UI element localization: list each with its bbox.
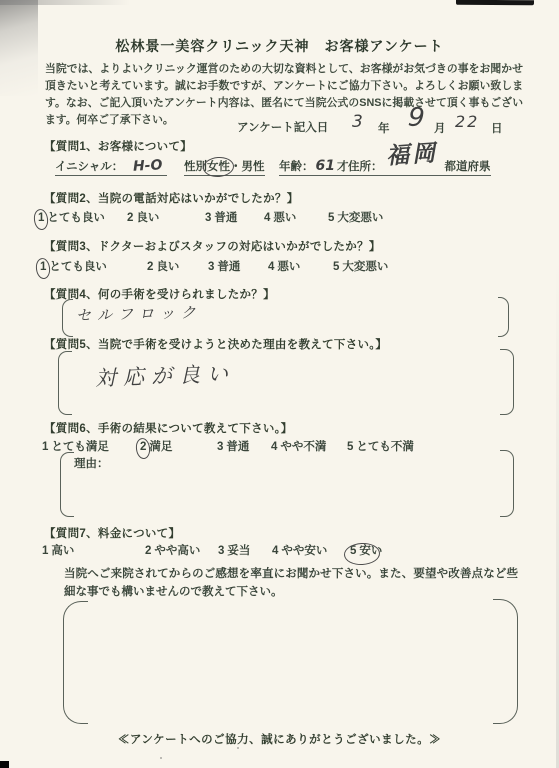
day-unit: 日	[491, 120, 503, 136]
page-title: 松林景一美容クリニック天神 お客様アンケート	[0, 36, 559, 56]
q2-option-4-num: 4	[264, 212, 270, 224]
q7-option-3-label: 妥当	[227, 545, 250, 557]
age-label: 年齢：	[279, 158, 314, 174]
address-label: 住所：	[348, 158, 383, 174]
gender-label: 性別	[184, 158, 207, 174]
q2-option-1-label: とても良い	[47, 212, 105, 224]
q6-option-5: 5とても不満	[347, 438, 414, 454]
q3-option-4-label: 悪い	[277, 261, 300, 273]
thank-you-text: ≪アンケートへのご協力、誠にありがとうございました。≫	[0, 731, 559, 747]
q5-heading: 【質問5、当院で手術を受けようと決めた理由を教えて下さい。】	[44, 336, 387, 352]
q4-answer-bracket-right	[498, 297, 509, 337]
q6-option-1-label: とても満足	[51, 441, 109, 453]
gender-option-female: 女性	[207, 158, 230, 174]
q3-option-1-label: とても良い	[49, 261, 107, 273]
q6-option-1: 1とても満足	[42, 438, 109, 454]
year-unit: 年	[378, 120, 390, 136]
q6-option-2-num: 2	[140, 441, 146, 453]
q3-option-1-num: 1	[40, 261, 46, 273]
q4-answer-bracket-left	[62, 299, 73, 337]
feedback-prompt: 当院へご来院されてからのご感想を率直にお聞かせ下さい。また、要望や改善点など些細…	[64, 566, 518, 601]
q6-option-2-label: 満足	[149, 441, 172, 453]
q1-address-field: 住所： 福岡 都道府県	[348, 152, 491, 176]
q2-option-3-label: 普通	[214, 212, 237, 224]
q3-option-2-label: 良い	[156, 261, 179, 273]
handwritten-day: 22	[455, 112, 479, 131]
q3-option-4-num: 4	[268, 261, 274, 273]
q2-option-5: 5大変悪い	[328, 209, 383, 225]
handwritten-year: 3	[352, 112, 363, 132]
q3-option-2-num: 2	[147, 261, 153, 273]
q2-option-4-label: 悪い	[273, 212, 296, 224]
q2-option-2-num: 2	[127, 212, 133, 224]
q2-option-5-num: 5	[328, 212, 334, 224]
q1-initial-field: イニシャル： H-O	[55, 152, 167, 176]
q7-option-2: 2やや高い	[145, 542, 200, 558]
q3-option-2: 2良い	[147, 258, 179, 274]
q7-option-2-num: 2	[145, 545, 151, 557]
feedback-bracket-right	[493, 599, 518, 724]
q6-option-5-num: 5	[347, 441, 353, 453]
q6-reason-bracket-right	[500, 450, 514, 517]
q4-heading: 【質問4、何の手術を受けられましたか？】	[44, 286, 275, 302]
q2-option-4: 4悪い	[264, 209, 296, 225]
q7-option-5: 5安い	[350, 542, 382, 558]
scan-shadow-top-strip	[0, 0, 130, 5]
handwritten-q4-answer: セルフロック	[76, 301, 202, 325]
q6-heading: 【質問6、手術の結果について教えて下さい。】	[44, 420, 293, 436]
q2-option-2: 2良い	[127, 209, 159, 225]
q3-option-5-num: 5	[333, 261, 339, 273]
q7-option-4-num: 4	[272, 545, 278, 557]
q7-option-3: 3妥当	[218, 542, 250, 558]
q7-heading: 【質問7、料金について】	[44, 525, 180, 541]
q7-option-1: 1高い	[42, 542, 74, 558]
q6-option-4-label: やや不満	[280, 441, 326, 453]
feedback-bracket-left	[63, 601, 88, 724]
gender-separator: ・	[230, 158, 242, 174]
scan-mark-bottom-left	[0, 761, 9, 768]
q6-option-5-label: とても不満	[356, 441, 414, 453]
q7-option-1-label: 高い	[51, 545, 74, 557]
q6-option-1-num: 1	[42, 441, 48, 453]
q6-reason-label: 理由：	[74, 455, 109, 471]
q3-option-3-label: 普通	[217, 261, 240, 273]
handwritten-initial: H-O	[133, 157, 163, 175]
q2-option-3-num: 3	[205, 212, 211, 224]
q6-option-4-num: 4	[271, 441, 277, 453]
scanned-survey-page: 松林景一美容クリニック天神 お客様アンケート 当院では、よりよいクリニック運営の…	[0, 0, 559, 768]
q6-option-3: 3普通	[217, 438, 249, 454]
q3-option-3-num: 3	[208, 261, 214, 273]
q3-option-4: 4悪い	[268, 258, 300, 274]
scan-speck	[160, 757, 162, 759]
date-label: アンケート記入日	[237, 119, 328, 135]
q6-option-2: 2満足	[140, 438, 172, 454]
handwritten-month: 9	[407, 102, 426, 133]
q3-option-3: 3普通	[208, 258, 240, 274]
q2-option-1-num: 1	[38, 212, 44, 224]
q5-answer-bracket-left	[58, 351, 72, 415]
q7-option-2-label: やや高い	[154, 545, 200, 557]
q3-option-1: 1とても良い	[40, 258, 107, 274]
address-suffix: 都道府県	[445, 158, 491, 174]
scan-mark-top-right	[456, 0, 534, 5]
q7-option-4: 4やや安い	[272, 542, 327, 558]
scan-speck	[237, 747, 239, 749]
handwritten-address: 福岡	[385, 134, 439, 171]
q3-option-5: 5大変悪い	[333, 258, 388, 274]
q3-heading: 【質問3、ドクターおよびスタッフの対応はいかがでしたか？】	[44, 238, 381, 254]
q2-option-1: 1とても良い	[38, 209, 105, 225]
q2-option-5-label: 大変悪い	[337, 212, 383, 224]
q7-option-1-num: 1	[42, 545, 48, 557]
handwritten-q5-answer: 対応が良い	[95, 358, 236, 393]
q6-option-3-label: 普通	[226, 441, 249, 453]
q2-option-2-label: 良い	[136, 212, 159, 224]
q7-option-5-label: 安い	[359, 545, 382, 557]
q2-option-3: 3普通	[205, 209, 237, 225]
q6-reason-bracket-left	[60, 452, 74, 517]
q7-option-5-num: 5	[350, 545, 356, 557]
q1-age-field: 年齢： 61 才	[279, 152, 348, 176]
q7-option-4-label: やや安い	[281, 545, 327, 557]
q1-gender-field: 性別 女性 ・ 男性	[184, 152, 265, 176]
q6-option-4: 4やや不満	[271, 438, 326, 454]
gender-option-male: 男性	[242, 158, 265, 174]
q6-option-3-num: 3	[217, 441, 223, 453]
handwritten-age: 61	[316, 158, 335, 174]
q3-option-5-label: 大変悪い	[342, 261, 388, 273]
q7-option-3-num: 3	[218, 545, 224, 557]
age-unit: 才	[337, 158, 349, 174]
q5-answer-bracket-right	[500, 349, 514, 415]
q2-heading: 【質問2、当院の電話対応はいかがでしたか？】	[44, 190, 299, 206]
initial-label: イニシャル：	[55, 158, 123, 174]
